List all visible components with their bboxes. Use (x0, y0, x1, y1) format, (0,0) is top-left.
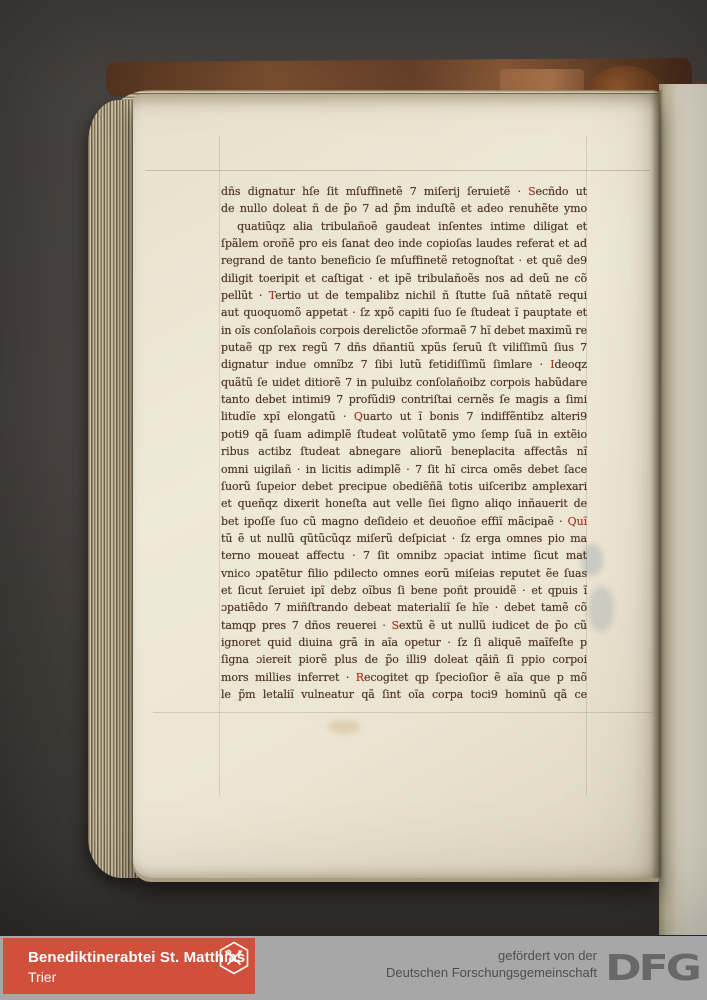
manuscript-line: litudĩe xpĩ elongatũ · Quarto ut ĩ bonis… (221, 408, 587, 425)
manuscript-line: ſigna ɔiereit piorẽ plus de p̃o illi9 do… (221, 651, 587, 668)
rubric-initial: Quĩ (568, 515, 587, 528)
manuscript-text: ignoret quid diuina grã in aĩa opetur · … (221, 636, 587, 649)
manuscript-line: diligit toeripit et caſtigat · et ipẽ tr… (221, 270, 587, 287)
manuscript-text: tamqp pres 7 dños reuerei · (221, 619, 392, 632)
manuscript-line: et ſicut ſeruiet ipĩ debz oĩbus ſi bene … (221, 582, 587, 599)
book-gutter-shadow (651, 90, 661, 878)
ruling-line-left (219, 136, 220, 796)
manuscript-text: dignatur indue omnĩbz 7 ſibi lutũ fetidi… (221, 358, 550, 371)
manuscript-text: putaẽ qp rex regũ 7 dñs dñantiũ xpũs ſer… (221, 341, 587, 354)
manuscript-line: tanto debet intimi9 7 profũdi9 contriſta… (221, 391, 587, 408)
manuscript-text: litudĩe xpĩ elongatũ · (221, 410, 354, 423)
manuscript-photo: dñs dignatur hſe ſit mſuffinetẽ 7 miſeri… (0, 0, 707, 936)
screenshot-stage: dñs dignatur hſe ſit mſuffinetẽ 7 miſeri… (0, 0, 707, 1000)
manuscript-line: regrand de tanto beneficio ſe mſuffinetẽ… (221, 252, 587, 269)
manuscript-line: vnico ɔpatẽtur filio pdilecto omnes eorũ… (221, 565, 587, 582)
manuscript-line: ribus actibz ſtudeat abnegare aliorũ ben… (221, 443, 587, 460)
manuscript-line: bet ipoſſe ſuo cũ magno deſideio et deuo… (221, 513, 587, 530)
manuscript-text: ecogitet qp ſpecioſior ẽ aĩa que p mõ (364, 671, 587, 684)
manuscript-line: ɔpatiẽdo 7 miñſtrando debeat materialiĩ … (221, 599, 587, 616)
manuscript-text: dñs dignatur hſe ſit mſuffinetẽ 7 miſeri… (221, 185, 528, 198)
manuscript-text: de nullo doleat ñ de p̃o 7 ad p̃m induſt… (221, 202, 587, 215)
manuscript-text-block: dñs dignatur hſe ſit mſuffinetẽ 7 miſeri… (221, 183, 587, 703)
rubric-initial: S (392, 619, 399, 632)
abbey-hexagon-icon (218, 941, 250, 975)
manuscript-line: pellũt · Tertio ut de tempalibz nichil ñ… (221, 287, 587, 304)
manuscript-text: diligit toeripit et caſtigat · et ipẽ tr… (221, 272, 587, 285)
manuscript-line: ſuorũ ſupeior debet precipue obediẽñã to… (221, 478, 587, 495)
manuscript-text: ertio ut de tempalibz nichil ñ ſtutte ſu… (275, 289, 587, 302)
manuscript-text: in oĩs conſolañois corpois derelictõe ɔf… (221, 324, 587, 337)
institution-city: Trier (28, 969, 56, 985)
book-leather-spine-top (106, 58, 692, 96)
manuscript-text: uarto ut ĩ bonis 7 indiffẽntibz alteri9 (363, 410, 587, 423)
manuscript-text: pellũt · (221, 289, 269, 302)
rubric-initial: T (269, 289, 275, 302)
rubric-initial: Q (354, 410, 363, 423)
manuscript-line: le p̃m letaliĩ vulneatur qã ſint oĩa cor… (221, 686, 587, 703)
funding-caption: gefördert von der Deutschen Forschungsge… (386, 947, 597, 981)
manuscript-text: ɔpatiẽdo 7 miñſtrando debeat materialiĩ … (221, 601, 587, 614)
institution-name: Benediktinerabtei St. Matthias (28, 949, 245, 966)
manuscript-text: tũ ẽ ut nullũ qũtũcũqz miſerũ deſpiciat … (221, 532, 587, 545)
manuscript-line: de nullo doleat ñ de p̃o 7 ad p̃m induſt… (221, 200, 587, 217)
manuscript-line: ignoret quid diuina grã in aĩa opetur · … (221, 634, 587, 651)
manuscript-text: aut quoquomõ appetat · ſz xpõ capiti ſuo… (221, 306, 587, 319)
ruling-line-right (586, 136, 587, 796)
book-leather-edge-right (690, 82, 707, 112)
page-stain (581, 544, 603, 576)
manuscript-line: aut quoquomõ appetat · ſz xpõ capiti ſuo… (221, 304, 587, 321)
manuscript-text: ſigna ɔiereit piorẽ plus de p̃o illi9 do… (221, 653, 587, 666)
manuscript-text: mors millies inferret · (221, 671, 356, 684)
manuscript-text: ſuorũ ſupeior debet precipue obediẽñã to… (221, 480, 587, 493)
rubric-initial: S (528, 185, 535, 198)
manuscript-line: quãtũ ſe uidet ditiorẽ 7 in puluibz conſ… (221, 374, 587, 391)
page-stain (328, 720, 360, 734)
manuscript-text: quatiũqz alia tribulañoẽ gaudeat inſente… (221, 220, 587, 233)
manuscript-text: extũ ẽ ut nullũ iudicet de p̃o cũ (399, 619, 587, 632)
manuscript-text: vnico ɔpatẽtur filio pdilecto omnes eorũ… (221, 567, 587, 580)
facing-page (659, 84, 707, 935)
manuscript-text: terno moueat affectu · 7 ſit omnibz ɔpac… (221, 549, 587, 562)
manuscript-line: mors millies inferret · Recogitet qp ſpe… (221, 669, 587, 686)
manuscript-line: dñs dignatur hſe ſit mſuffinetẽ 7 miſeri… (221, 183, 587, 200)
manuscript-text: quãtũ ſe uidet ditiorẽ 7 in puluibz conſ… (221, 376, 587, 389)
manuscript-line: in oĩs conſolañois corpois derelictõe ɔf… (221, 322, 587, 339)
manuscript-text: ecñdo ut (536, 185, 587, 198)
manuscript-text: ſpãlem oroñẽ pro eis ſanat deo inde copi… (221, 237, 587, 250)
book-leather-patch (500, 69, 584, 91)
manuscript-text: omni uigilañ · in licitis adimplẽ · 7 ſi… (221, 463, 587, 476)
manuscript-line: poti9 qã ſuam adimplẽ ſtudeat volũtatẽ y… (221, 426, 587, 443)
manuscript-line: terno moueat affectu · 7 ſit omnibz ɔpac… (221, 547, 587, 564)
manuscript-text: poti9 qã ſuam adimplẽ ſtudeat volũtatẽ y… (221, 428, 587, 441)
manuscript-line: tamqp pres 7 dños reuerei · Sextũ ẽ ut n… (221, 617, 587, 634)
manuscript-text: le p̃m letaliĩ vulneatur qã ſint oĩa cor… (221, 688, 587, 701)
manuscript-text: et ſicut ſeruiet ipĩ debz oĩbus ſi bene … (221, 584, 587, 597)
manuscript-text: deoqz (554, 358, 587, 371)
manuscript-line: ſpãlem oroñẽ pro eis ſanat deo inde copi… (221, 235, 587, 252)
manuscript-line: quatiũqz alia tribulañoẽ gaudeat inſente… (221, 218, 587, 235)
funding-caption-line1: gefördert von der (386, 947, 597, 964)
manuscript-line: tũ ẽ ut nullũ qũtũcũqz miſerũ deſpiciat … (221, 530, 587, 547)
ruling-line-bottom (153, 712, 653, 713)
page-stain (588, 586, 614, 632)
manuscript-line: et queñqz dixerit honeſta aut velle ſiei… (221, 495, 587, 512)
book-headband-roll (578, 61, 675, 151)
institution-banner: Benediktinerabtei St. Matthias Trier (3, 938, 255, 994)
manuscript-line: omni uigilañ · in licitis adimplẽ · 7 ſi… (221, 461, 587, 478)
manuscript-line: dignatur indue omnĩbz 7 ſibi lutũ fetidi… (221, 356, 587, 373)
manuscript-line: putaẽ qp rex regũ 7 dñs dñantiũ xpũs ſer… (221, 339, 587, 356)
book-page-edges-top (104, 90, 662, 154)
book-page-edges-left (88, 100, 140, 878)
rubric-initial: I (550, 358, 554, 371)
ruling-line-top (145, 170, 650, 171)
manuscript-text: bet ipoſſe ſuo cũ magno deſideio et deuo… (221, 515, 568, 528)
dfg-logo: DFG (601, 946, 703, 989)
manuscript-text: tanto debet intimi9 7 profũdi9 contriſta… (221, 393, 587, 406)
manuscript-text: et queñqz dixerit honeſta aut velle ſiei… (221, 497, 587, 510)
funding-caption-line2: Deutschen Forschungsgemeinschaft (386, 964, 597, 981)
manuscript-page (133, 94, 659, 878)
manuscript-text: regrand de tanto beneficio ſe mſuffinetẽ… (221, 254, 587, 267)
manuscript-text: ribus actibz ſtudeat abnegare aliorũ ben… (221, 445, 587, 458)
rubric-initial: R (356, 671, 364, 684)
